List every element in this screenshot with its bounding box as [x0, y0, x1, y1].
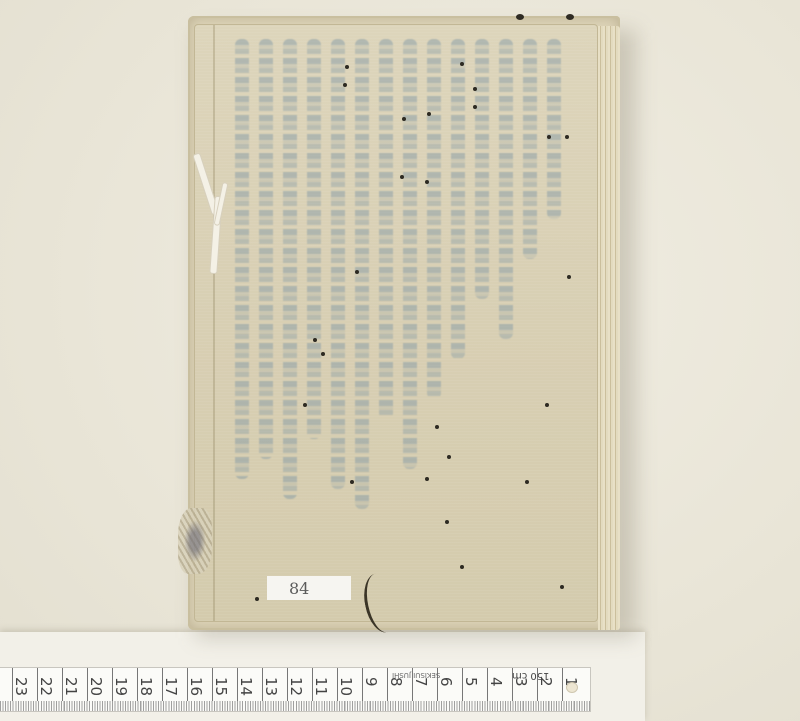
handwriting-column	[427, 39, 441, 399]
ruler-number: 16	[187, 677, 205, 696]
book-cover: 84	[194, 24, 598, 622]
handwriting-column	[355, 39, 369, 509]
wormhole	[473, 87, 477, 91]
handwriting-column	[475, 39, 489, 299]
handwriting-column	[547, 39, 561, 219]
ruler-number: 20	[87, 677, 105, 696]
wormhole	[560, 585, 564, 589]
manuscript-book: 84	[188, 16, 620, 630]
ruler-number: 23	[12, 677, 30, 696]
wormhole	[303, 403, 307, 407]
spine-fold	[213, 25, 215, 621]
wormhole	[402, 117, 406, 121]
ruler-number: 5	[462, 677, 480, 687]
wormhole	[525, 480, 529, 484]
handwriting-column	[403, 39, 417, 469]
wormhole	[545, 403, 549, 407]
handwriting-column	[331, 39, 345, 489]
wormhole	[425, 180, 429, 184]
wormhole	[425, 477, 429, 481]
ruler-number: 14	[237, 677, 255, 696]
wormhole	[313, 338, 317, 342]
ink-spot	[516, 14, 524, 20]
handwriting-column	[379, 39, 393, 419]
ruler-number: 19	[112, 677, 130, 696]
measuring-ruler: 23 22 21 20 19 18 17 16 15 14 13 12 11 1…	[0, 667, 591, 712]
wormhole	[547, 135, 551, 139]
ruler-number: 18	[137, 677, 155, 696]
handwriting-column	[283, 39, 297, 499]
wormhole	[460, 62, 464, 66]
wormhole	[350, 480, 354, 484]
wormhole	[447, 455, 451, 459]
ruler-ticks	[0, 701, 590, 711]
wormhole	[343, 83, 347, 87]
catalog-number: 84	[289, 579, 309, 598]
handwriting-column	[307, 39, 321, 439]
wormhole	[460, 565, 464, 569]
handwriting-column	[523, 39, 537, 259]
wormhole	[435, 425, 439, 429]
ruler-number: 10	[337, 677, 355, 696]
catalog-number-label: 84	[267, 576, 351, 600]
binding-knot	[178, 508, 212, 574]
ruler-number: 4	[487, 677, 505, 687]
mounting-pin	[566, 682, 578, 693]
page-edges	[598, 26, 620, 630]
ink-crack-mark	[359, 570, 404, 636]
handwriting-column	[499, 39, 513, 339]
ruler-number: 17	[162, 677, 180, 696]
ruler-number: 22	[37, 677, 55, 696]
wormhole	[565, 135, 569, 139]
wormhole	[255, 597, 259, 601]
handwriting-column	[451, 39, 465, 359]
ruler-unit-label: 150 cm	[512, 670, 550, 681]
ruler-number: 11	[312, 677, 330, 696]
wormhole	[567, 275, 571, 279]
wormhole	[400, 175, 404, 179]
ink-spot	[566, 14, 574, 20]
handwriting-column	[235, 39, 249, 479]
wormhole	[321, 352, 325, 356]
ruler-number: 13	[262, 677, 280, 696]
ruler-brand: SEKISUI JUSHI	[392, 671, 440, 679]
ruler-number: 9	[362, 677, 380, 687]
wormhole	[345, 65, 349, 69]
handwriting-column	[259, 39, 273, 459]
wormhole	[445, 520, 449, 524]
ruler-number: 15	[212, 677, 230, 696]
ruler-number: 12	[287, 677, 305, 696]
wormhole	[427, 112, 431, 116]
wormhole	[473, 105, 477, 109]
ruler-number: 21	[62, 677, 80, 696]
wormhole	[355, 270, 359, 274]
